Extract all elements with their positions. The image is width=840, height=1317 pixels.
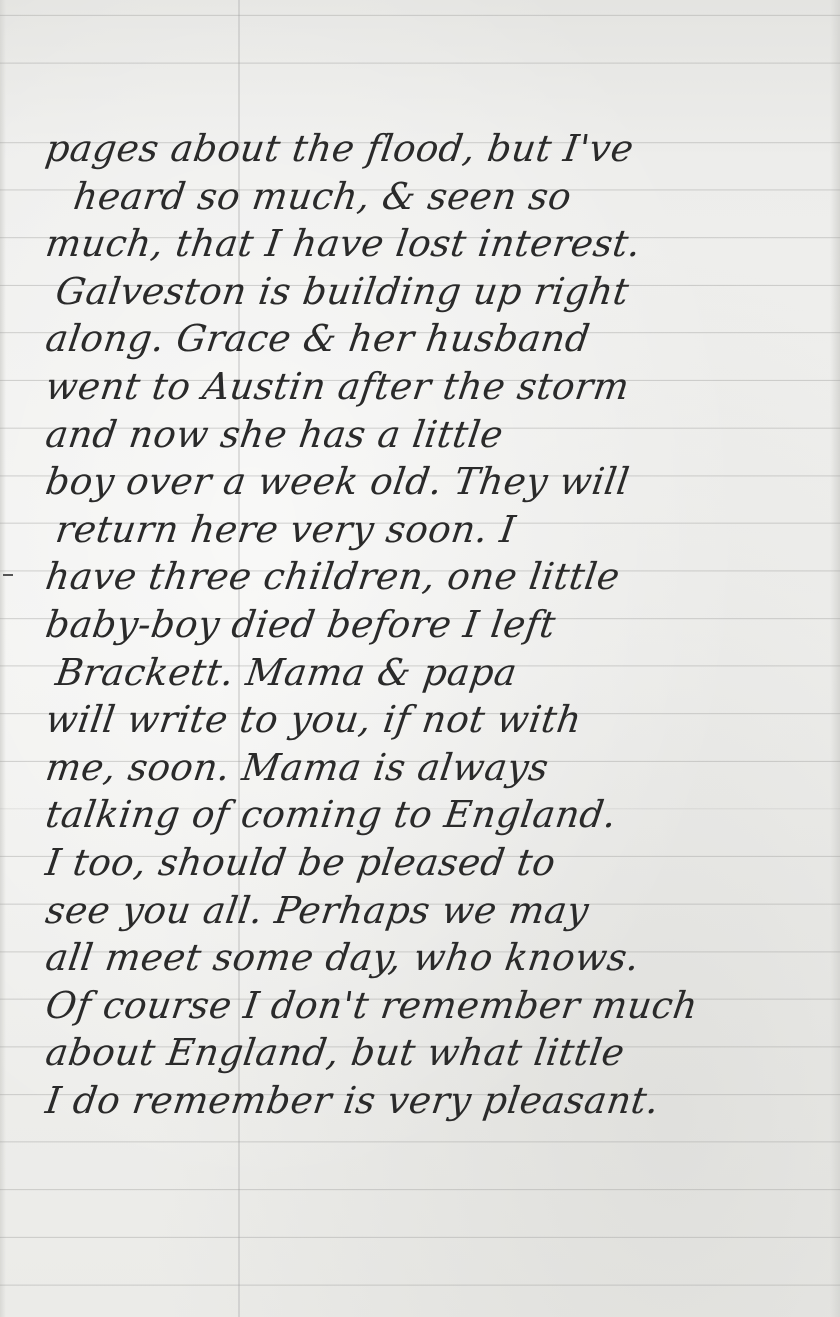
margin-mark (3, 574, 13, 576)
letter-line: Brackett. Mama & papa (37, 649, 840, 697)
letter-line: I too, should be pleased to (37, 839, 840, 887)
letter-line: talking of coming to England. (37, 791, 840, 839)
letter-line: me, soon. Mama is always (37, 744, 840, 792)
letter-line: Galveston is building up right (37, 268, 840, 316)
letter-line: about England, but what little (37, 1029, 840, 1077)
letter-line: along. Grace & her husband (37, 315, 840, 363)
letter-line: Of course I don't remember much (37, 982, 840, 1030)
letter-line: all meet some day, who knows. (37, 934, 840, 982)
letter-page: pages about the flood, but I've heard so… (0, 0, 840, 1317)
letter-line: pages about the flood, but I've (37, 125, 840, 173)
letter-line: and now she has a little (37, 411, 840, 459)
letter-line: went to Austin after the storm (37, 363, 840, 411)
letter-line: I do remember is very pleasant. (37, 1077, 840, 1125)
letter-line: return here very soon. I (37, 506, 840, 554)
letter-line: boy over a week old. They will (37, 458, 840, 506)
letter-line: see you all. Perhaps we may (37, 887, 840, 935)
letter-body: pages about the flood, but I've heard so… (40, 125, 840, 1124)
letter-line: baby-boy died before I left (37, 601, 840, 649)
letter-line: will write to you, if not with (37, 696, 840, 744)
letter-line: heard so much, & seen so (37, 173, 840, 221)
letter-line: have three children, one little (37, 553, 840, 601)
letter-line: much, that I have lost interest. (37, 220, 840, 268)
